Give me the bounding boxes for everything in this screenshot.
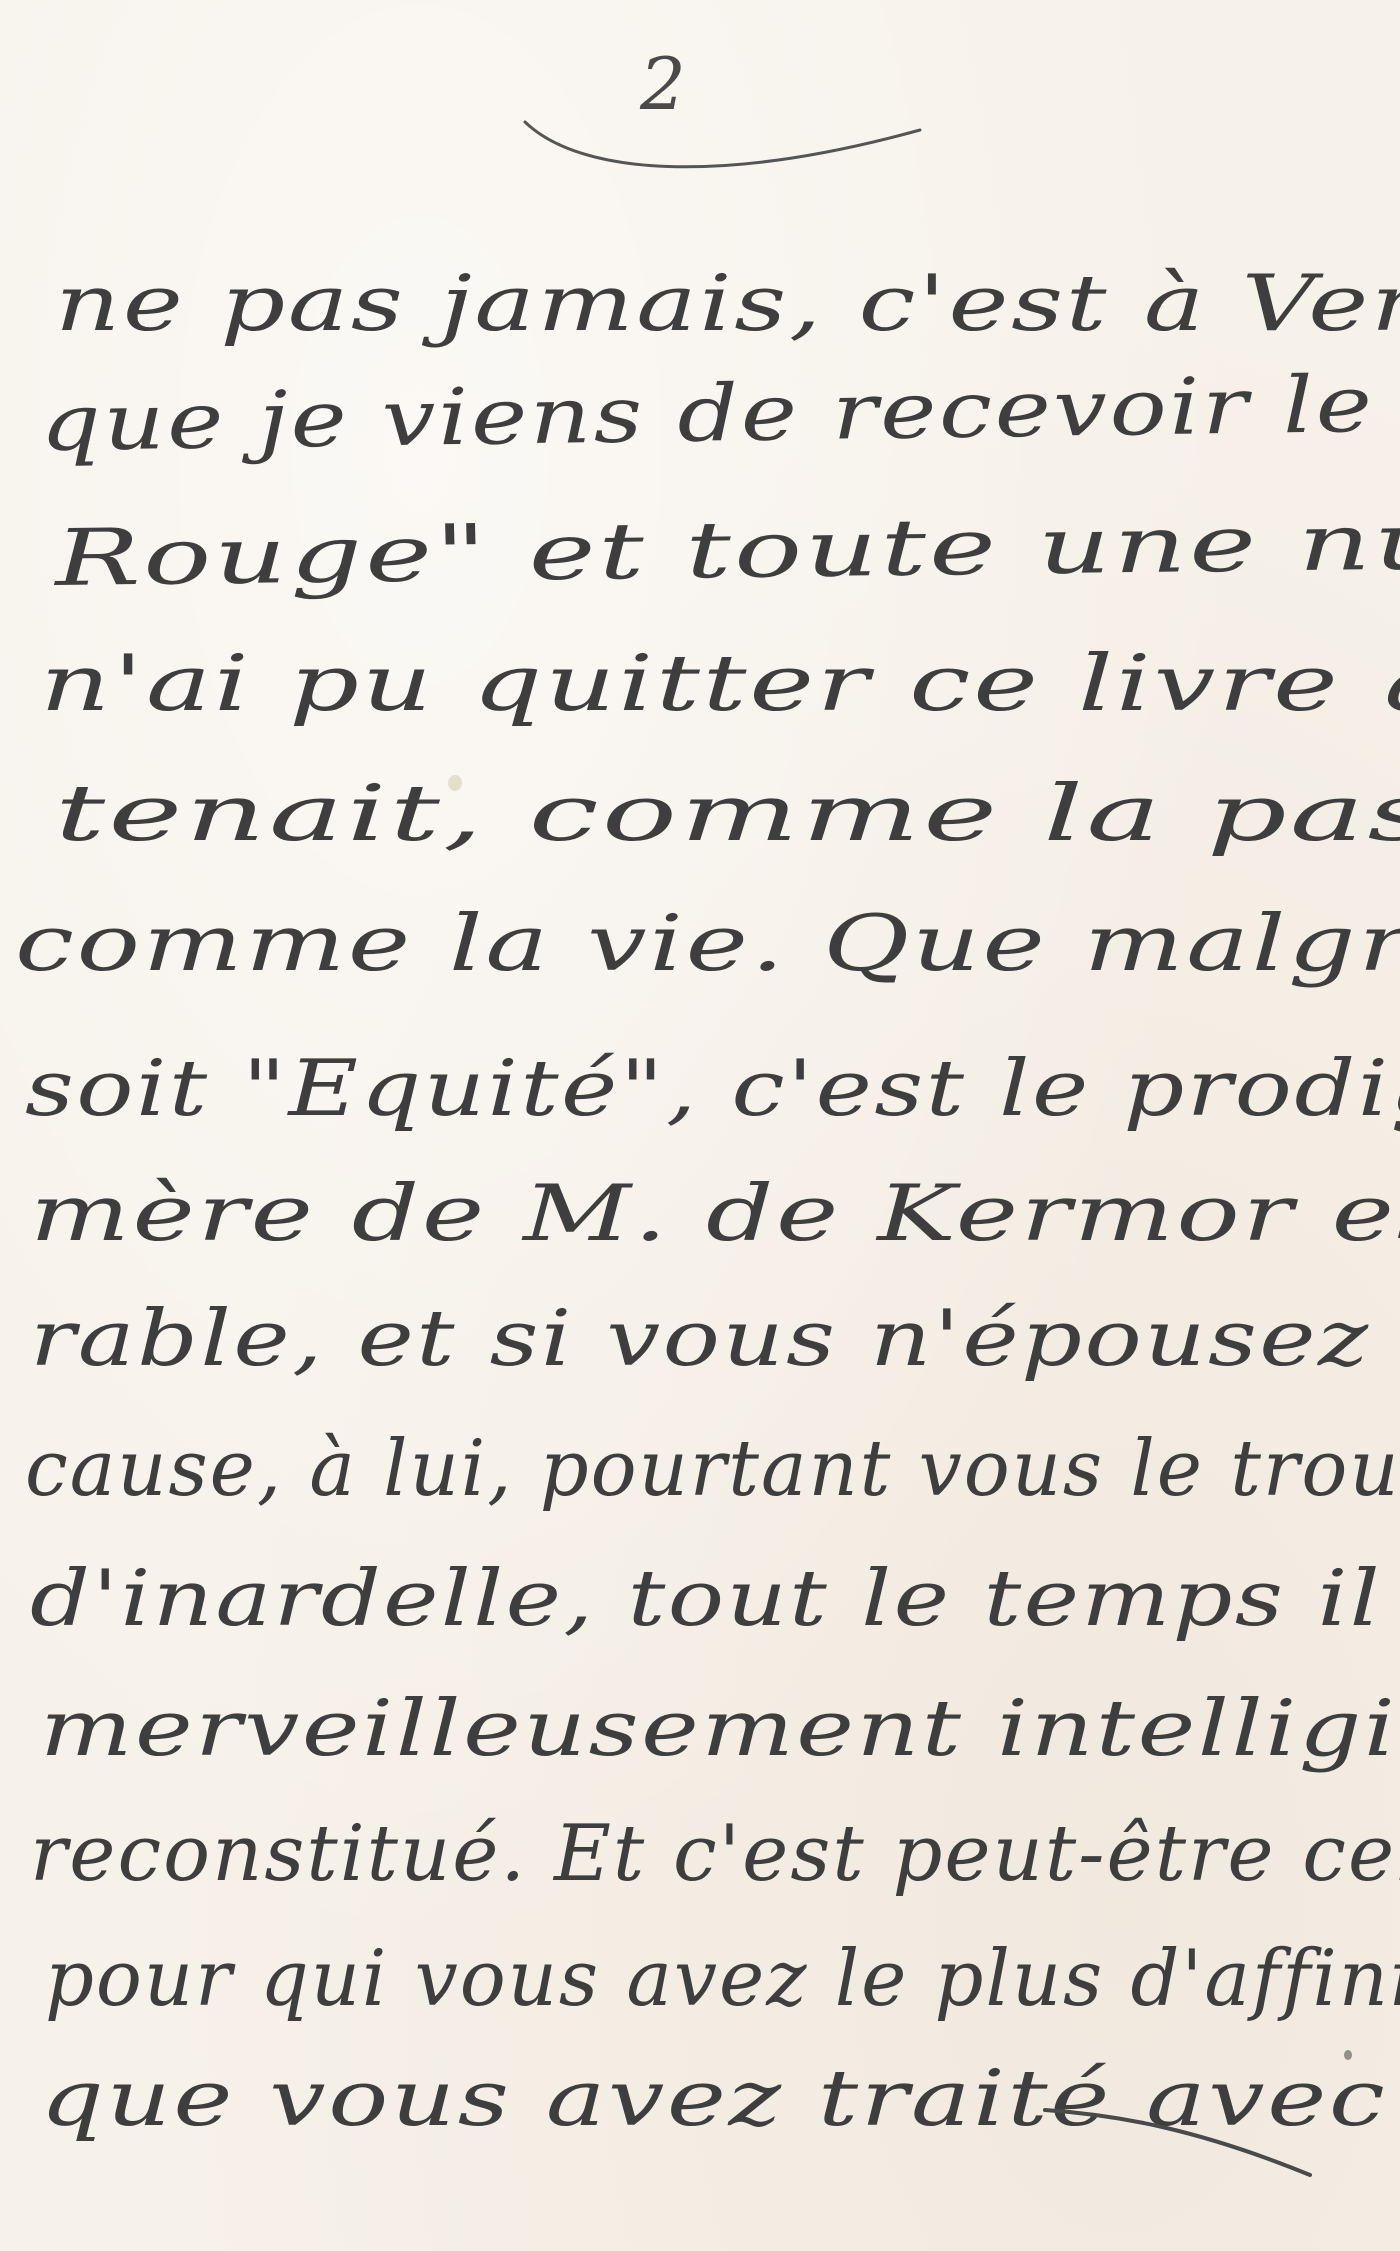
letter-line-2: que je viens de recevoir le "Ciel bbox=[39, 362, 1400, 463]
letter-line-12: merveilleusement intelligible et bbox=[40, 1690, 1400, 1768]
letter-line-10: cause, à lui, pourtant vous le trouvez bbox=[25, 1430, 1400, 1508]
letter-line-8: mère de M. de Kermor est admi- bbox=[30, 1175, 1400, 1253]
letter-line-9: rable, et si vous n'épousez pas sa bbox=[30, 1300, 1400, 1378]
page-number-underline bbox=[520, 100, 940, 180]
letter-line-4: n'ai pu quitter ce livre qui me bbox=[40, 645, 1400, 723]
paper-speck bbox=[1344, 2050, 1352, 2060]
letter-line-6: comme la vie. Que malgré cela il bbox=[15, 905, 1400, 983]
letter-line-5: tenait, comme la passion et bbox=[55, 775, 1400, 853]
letter-line-3: Rouge" et toute une nuit je bbox=[54, 500, 1400, 598]
letter-line-11: d'inardelle, tout le temps il est, bbox=[30, 1560, 1400, 1638]
letter-line-13: reconstitué. Et c'est peut-être celui bbox=[30, 1815, 1400, 1893]
letter-line-7: soit "Equité", c'est le prodige. Le bbox=[25, 1050, 1400, 1128]
letter-page: 2 ne pas jamais, c'est à Versailles que … bbox=[0, 0, 1400, 2251]
letter-line-14: pour qui vous avez le plus d'affinité bbox=[45, 1940, 1400, 2018]
closing-flourish bbox=[1040, 2090, 1320, 2180]
paper-speck bbox=[448, 775, 462, 791]
letter-line-1: ne pas jamais, c'est à Versailles bbox=[55, 265, 1400, 343]
